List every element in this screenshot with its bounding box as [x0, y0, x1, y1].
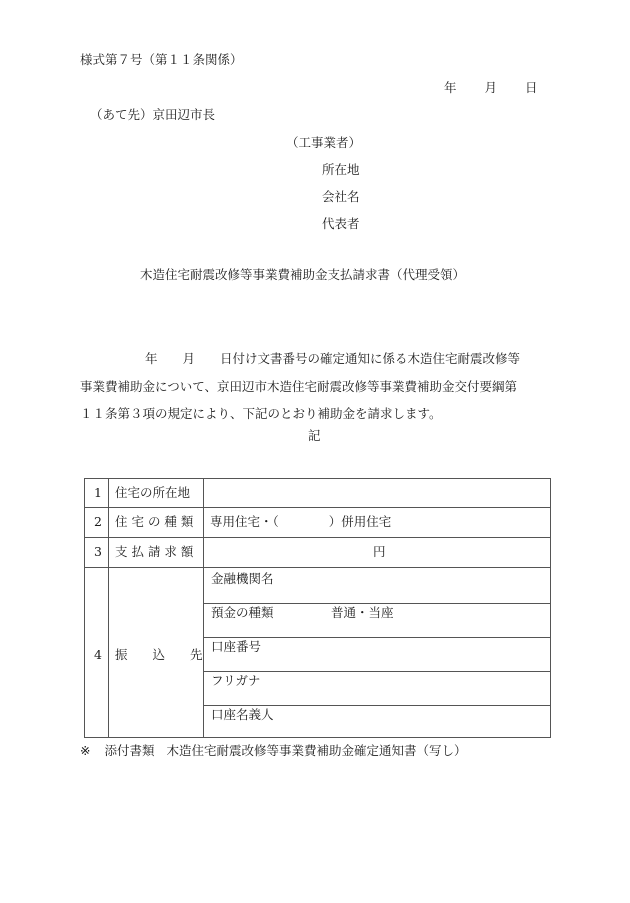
- table-divider: [203, 637, 550, 638]
- contractor-company-label: 会社名: [322, 191, 360, 204]
- house-type-field[interactable]: 専用住宅・（ ）併用住宅: [210, 516, 391, 529]
- account-number-label: 口座番号: [211, 641, 261, 654]
- table-divider: [203, 479, 204, 737]
- footnote-label: 添付書類: [104, 743, 154, 758]
- date-line: 年月日: [444, 82, 538, 95]
- table-divider: [203, 603, 550, 604]
- date-month: 月: [485, 82, 498, 95]
- table-divider: [85, 537, 550, 538]
- table-divider: [108, 479, 109, 737]
- deposit-type-label: 預金の種類: [211, 607, 274, 620]
- claim-amount-field[interactable]: 円: [373, 546, 386, 559]
- house-location-field[interactable]: [211, 487, 541, 501]
- ki-heading: 記: [308, 430, 321, 443]
- row-number: 4: [94, 649, 102, 662]
- table-divider: [85, 567, 550, 568]
- footnote: ※添付書類木造住宅耐震改修等事業費補助金確定通知書（写し）: [80, 745, 467, 758]
- body-line-2: 事業費補助金について、京田辺市木造住宅耐震改修等事業費補助金交付要綱第: [80, 381, 517, 394]
- table-divider: [203, 705, 550, 706]
- footnote-text: 木造住宅耐震改修等事業費補助金確定通知書（写し）: [167, 743, 467, 758]
- contractor-location-label: 所在地: [322, 164, 360, 177]
- furigana-label: フリガナ: [211, 675, 260, 688]
- claim-table: 1 住宅の所在地 2 住 宅 の 種 類 専用住宅・（ ）併用住宅 3 支 払 …: [84, 478, 551, 738]
- contractor-heading: （工事業者）: [286, 137, 361, 150]
- row-number: 2: [94, 516, 102, 529]
- body-line-1: 年 月 日付け文書番号の確定通知に係る木造住宅耐震改修等: [145, 353, 520, 366]
- row-label-claim-amount: 支 払 請 求 額: [115, 546, 193, 559]
- form-number: 様式第７号（第１１条関係）: [80, 54, 243, 67]
- row-label-transfer-destination: 振 込 先: [115, 649, 203, 662]
- table-divider: [203, 671, 550, 672]
- body-line-3: １１条第３項の規定により、下記のとおり補助金を請求します。: [80, 408, 442, 421]
- date-day: 日: [525, 82, 538, 95]
- date-year: 年: [444, 82, 457, 95]
- row-label-house-location: 住宅の所在地: [115, 487, 190, 500]
- document-title: 木造住宅耐震改修等事業費補助金支払請求書（代理受領）: [140, 269, 465, 282]
- account-holder-label: 口座名義人: [211, 709, 274, 722]
- row-number: 3: [94, 546, 102, 559]
- footnote-mark: ※: [80, 743, 90, 758]
- bank-name-label: 金融機関名: [211, 573, 274, 586]
- row-number: 1: [94, 487, 102, 500]
- row-label-house-type: 住 宅 の 種 類: [115, 516, 193, 529]
- contractor-representative-label: 代表者: [322, 218, 360, 231]
- addressee: （あて先）京田辺市長: [90, 109, 215, 122]
- deposit-type-options[interactable]: 普通・当座: [331, 607, 394, 620]
- table-divider: [85, 507, 550, 508]
